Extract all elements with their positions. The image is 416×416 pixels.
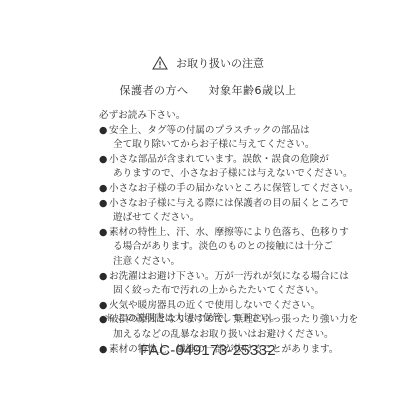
bullet-icon: ●: [99, 226, 107, 241]
caution-title: お取り扱いの注意: [176, 55, 264, 71]
keep-manual-note: ＊ この説明書は大切に保管して下さい。: [104, 310, 280, 324]
caution-item: ●小さなお子様の手の届かないところに保管してください。: [99, 182, 329, 197]
caution-item-text: 小さなお子様の手の届かないところに保管してください。: [109, 183, 358, 194]
caution-item-continuation: る場合があります。淡色のものとの接触には十分ご: [99, 240, 329, 255]
caution-item-text: 安全上、タグ等の付属のプラスチックの部品は: [109, 125, 310, 136]
audience-label: 保護者の方へ: [120, 84, 189, 97]
age-label: 対象年齢6歳以上: [209, 84, 297, 97]
caution-item-text: 小さな部品が含まれています。誤飲・誤食の危険が: [109, 154, 329, 165]
intro-text: 必ずお読み下さい。: [99, 109, 329, 124]
caution-item-continuation: 全て取り除いてからお子様に与えてください。: [99, 138, 329, 153]
caution-item-text: 素材の特性上、汗、水、摩擦等により色落ち、色移りす: [109, 227, 349, 238]
warning-triangle-icon: [152, 56, 168, 70]
caution-item-text: お洗濯はお避け下さい。万が一汚れが気になる場合には: [109, 271, 349, 282]
caution-item-continuation: 加えるなどの乱暴なお取り扱いはお避けください。: [99, 328, 329, 343]
caution-item: ●素材の特性上、汗、水、摩擦等により色落ち、色移りす: [99, 226, 329, 241]
audience-line: 保護者の方へ 対象年齢6歳以上: [0, 82, 416, 98]
caution-item: ●小さなお子様に与える際には保護者の目の届くところで: [99, 197, 329, 212]
caution-item: ●お洗濯はお避け下さい。万が一汚れが気になる場合には: [99, 270, 329, 285]
caution-item-continuation: 固く絞った布で汚れの上からたたいてください。: [99, 284, 329, 299]
caution-item: ●小さな部品が含まれています。誤飲・誤食の危険が: [99, 153, 329, 168]
caution-item-continuation: 注意ください。: [99, 255, 329, 270]
caution-item: ●安全上、タグ等の付属のプラスチックの部品は: [99, 124, 329, 139]
caution-item-continuation: ありますので、小さなお子様には与えないでください。: [99, 167, 329, 182]
product-code: FAC-049173-25332: [0, 342, 416, 359]
caution-item-text: 小さなお子様に与える際には保護者の目の届くところで: [109, 198, 349, 209]
bullet-icon: ●: [99, 182, 107, 197]
bullet-icon: ●: [99, 270, 107, 285]
bullet-icon: ●: [99, 197, 107, 212]
caution-item-continuation: 遊ばせてください。: [99, 211, 329, 226]
bullet-icon: ●: [99, 124, 107, 139]
caution-title-row: お取り扱いの注意: [0, 55, 416, 71]
bullet-icon: ●: [99, 153, 107, 168]
